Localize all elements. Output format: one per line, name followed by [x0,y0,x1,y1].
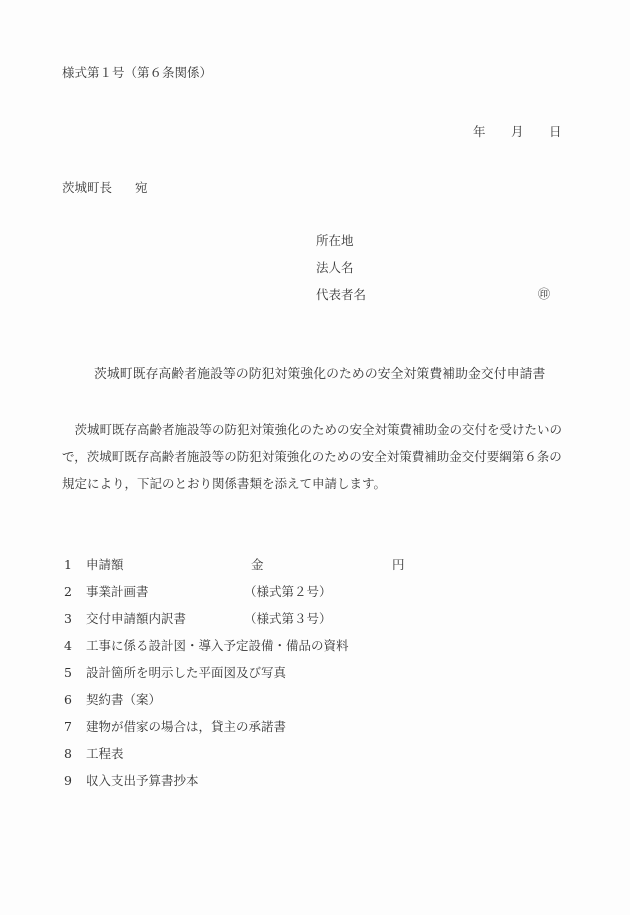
list-item-text: 契約書（案） [86,694,161,707]
month-label: 月 [511,126,524,139]
addressee-suffix: 宛 [135,182,148,195]
seal-icon: ㊞ [538,288,550,300]
list-item-number: 4 [64,640,72,653]
list-item-form-ref: （様式第３号） [244,613,332,626]
list-item-number: 1 [64,559,72,572]
list-item-number: 5 [64,667,72,680]
list-item-number: 7 [64,721,72,734]
addressee-name: 茨城町長 [62,180,112,195]
list-item-text: 設計箇所を明示した平面図及び写真 [86,667,286,680]
list-item-text: 建物が借家の場合は，貸主の承諾書 [86,721,286,734]
addressee: 茨城町長 宛 [62,182,112,195]
list-item-text: 申請額 [86,559,124,572]
body-line-3: 規定により，下記のとおり関係書類を添えて申請します。 [62,478,386,491]
list-item-number: 8 [64,748,72,761]
representative-name-label: 代表者名 [316,289,366,302]
list-item-text: 工程表 [86,748,124,761]
body-line-2: で，茨城町既存高齢者施設等の防犯対策強化のための安全対策費補助金交付要綱第６条の [62,451,562,464]
address-label: 所在地 [316,235,354,248]
corporation-name-label: 法人名 [316,262,354,275]
day-label: 日 [549,126,562,139]
list-item-number: 2 [64,586,72,599]
document-title: 茨城町既存高齢者施設等の防犯対策強化のための安全対策費補助金交付申請書 [94,369,545,382]
list-item-number: 9 [64,775,72,788]
form-number: 様式第１号（第６条関係） [62,67,212,80]
amount-unit: 円 [392,559,405,572]
list-item-text: 収入支出予算書抄本 [86,775,199,788]
list-item-text: 交付申請額内訳書 [86,613,186,626]
amount-prefix: 金 [251,559,264,572]
list-item-number: 3 [64,613,72,626]
year-label: 年 [473,126,486,139]
list-item-text: 事業計画書 [86,586,149,599]
list-item-text: 工事に係る設計図・導入予定設備・備品の資料 [86,640,349,653]
list-item-number: 6 [64,694,72,707]
list-item-form-ref: （様式第２号） [244,586,332,599]
body-line-1: 茨城町既存高齢者施設等の防犯対策強化のための安全対策費補助金の交付を受けたいの [62,424,562,437]
